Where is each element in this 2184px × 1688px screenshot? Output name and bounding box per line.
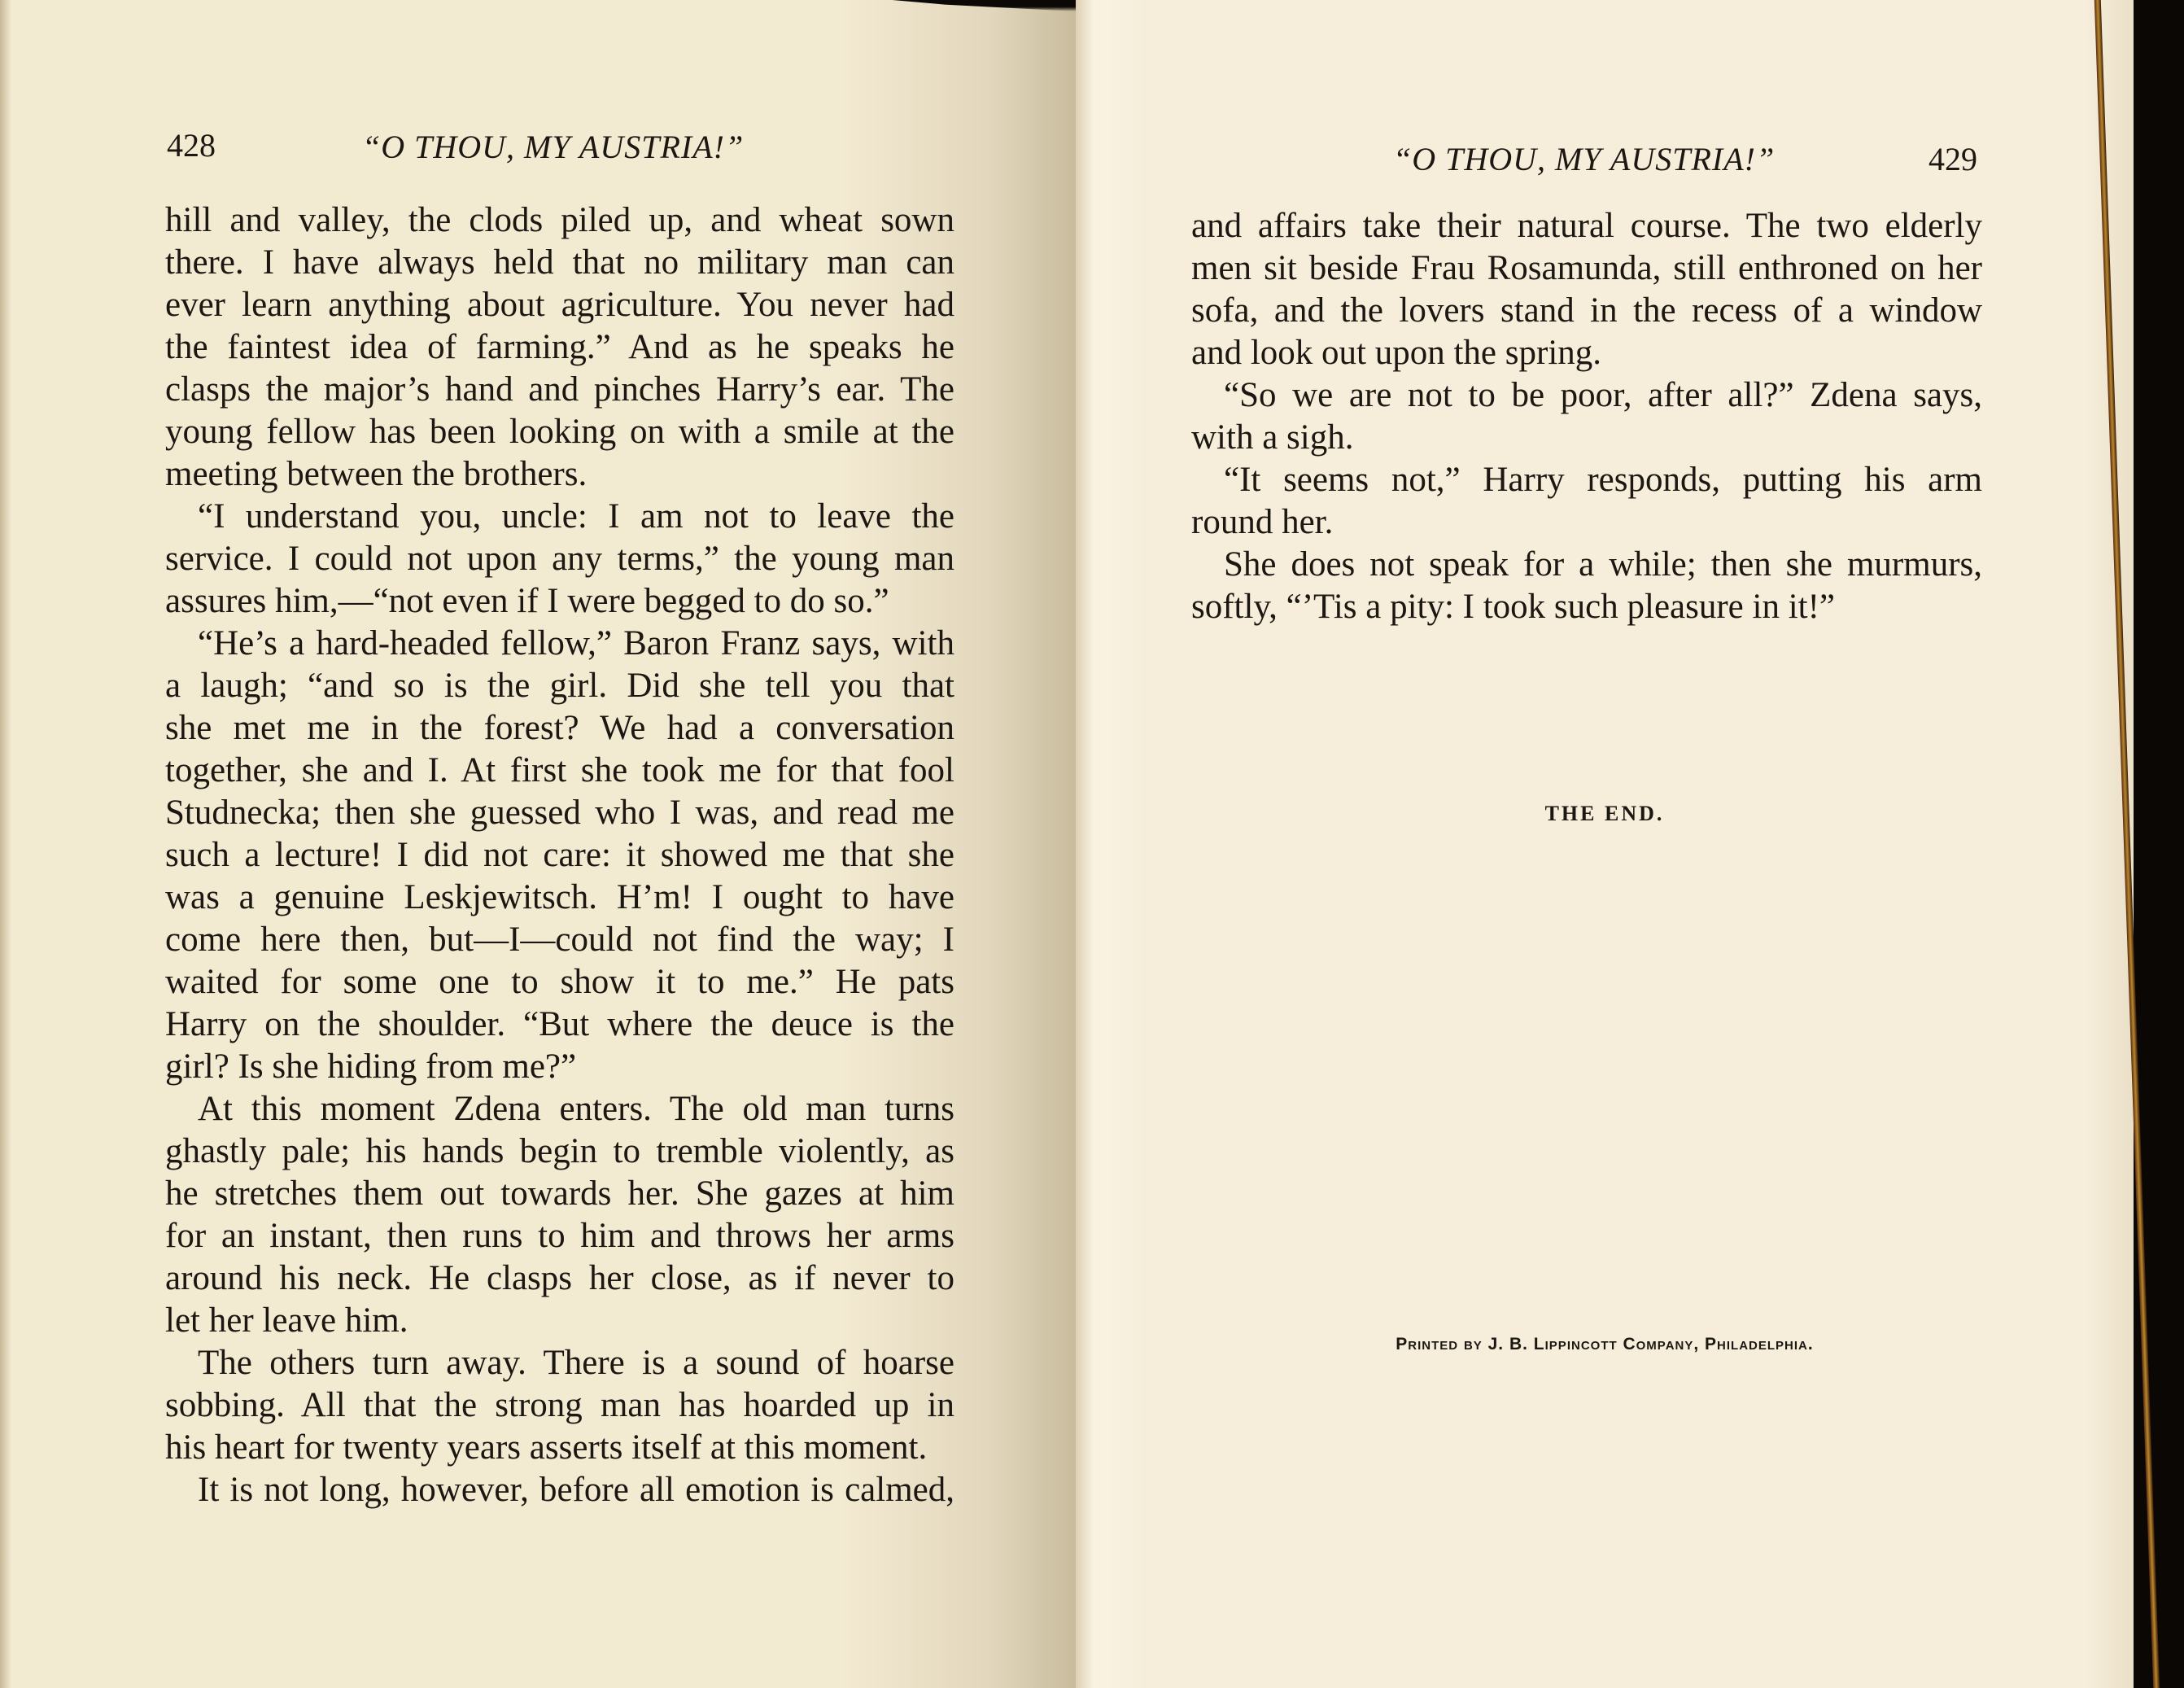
page-number-right: 429 [1928, 140, 1977, 178]
printer-imprint: Printed by J. B. Lippincott Company, Phi… [1076, 1335, 2134, 1354]
text-line: for an instant, then runs to him and thr… [165, 1215, 954, 1257]
text-line: around his neck. He clasps her close, as… [165, 1257, 954, 1300]
text-line: meeting between the brothers. [165, 453, 954, 496]
text-line: “It seems not,” Harry responds, putting … [1191, 459, 1982, 501]
right-page: “O THOU, MY AUSTRIA!” 429 and affairs ta… [1076, 0, 2134, 1688]
text-line: and affairs take their natural course. T… [1191, 205, 1982, 247]
text-line: “I understand you, uncle: I am not to le… [165, 496, 954, 538]
text-line: he stretches them out towards her. She g… [165, 1173, 954, 1215]
text-line: his heart for twenty years asserts itsel… [165, 1427, 954, 1469]
text-line: such a lecture! I did not care: it showe… [165, 834, 954, 877]
left-page-body: hill and valley, the clods piled up, and… [165, 199, 954, 1511]
text-line: clasps the major’s hand and pinches Harr… [165, 369, 954, 411]
text-line: “He’s a hard-headed fellow,” Baron Franz… [165, 623, 954, 665]
text-line: with a sigh. [1191, 417, 1982, 459]
text-line: let her leave him. [165, 1300, 954, 1342]
text-line: assures him,—“not even if I were begged … [165, 580, 954, 623]
text-line: and look out upon the spring. [1191, 332, 1982, 374]
text-line: Studnecka; then she guessed who I was, a… [165, 792, 954, 834]
left-page: 428 “O THOU, MY AUSTRIA!” hill and valle… [0, 0, 1076, 1688]
text-line: The others turn away. There is a sound o… [165, 1342, 954, 1384]
text-line: was a genuine Leskjewitsch. H’m! I ought… [165, 877, 954, 919]
text-line: “So we are not to be poor, after all?” Z… [1191, 374, 1982, 417]
right-page-body: and affairs take their natural course. T… [1191, 205, 1982, 628]
text-line: softly, “’Tis a pity: I took such pleasu… [1191, 586, 1982, 628]
text-line: service. I could not upon any terms,” th… [165, 538, 954, 580]
text-line: round her. [1191, 501, 1982, 544]
text-line: hill and valley, the clods piled up, and… [165, 199, 954, 242]
text-line: young fellow has been looking on with a … [165, 411, 954, 453]
text-line: the faintest idea of farming.” And as he… [165, 326, 954, 369]
text-line: there. I have always held that no milita… [165, 242, 954, 284]
running-head-right: “O THOU, MY AUSTRIA!” [1393, 140, 1775, 178]
text-line: girl? Is she hiding from me?” [165, 1046, 954, 1088]
text-line: ever learn anything about agriculture. Y… [165, 284, 954, 326]
the-end-label: THE END. [1076, 802, 2134, 826]
text-line: At this moment Zdena enters. The old man… [165, 1088, 954, 1130]
text-line: It is not long, however, before all emot… [165, 1469, 954, 1511]
text-line: Harry on the shoulder. “But where the de… [165, 1004, 954, 1046]
book-spread: 428 “O THOU, MY AUSTRIA!” hill and valle… [0, 0, 2184, 1688]
text-line: men sit beside Frau Rosamunda, still ent… [1191, 247, 1982, 290]
running-head-left: “O THOU, MY AUSTRIA!” [362, 128, 744, 166]
text-line: together, she and I. At first she took m… [165, 750, 954, 792]
text-line: waited for some one to show it to me.” H… [165, 961, 954, 1004]
text-line: a laugh; “and so is the girl. Did she te… [165, 665, 954, 707]
text-line: sofa, and the lovers stand in the recess… [1191, 290, 1982, 332]
text-line: She does not speak for a while; then she… [1191, 544, 1982, 586]
text-line: ghastly pale; his hands begin to tremble… [165, 1130, 954, 1173]
text-line: come here then, but—I—could not find the… [165, 919, 954, 961]
text-line: sobbing. All that the strong man has hoa… [165, 1384, 954, 1427]
text-line: she met me in the forest? We had a conve… [165, 707, 954, 750]
page-number-left: 428 [167, 126, 216, 164]
